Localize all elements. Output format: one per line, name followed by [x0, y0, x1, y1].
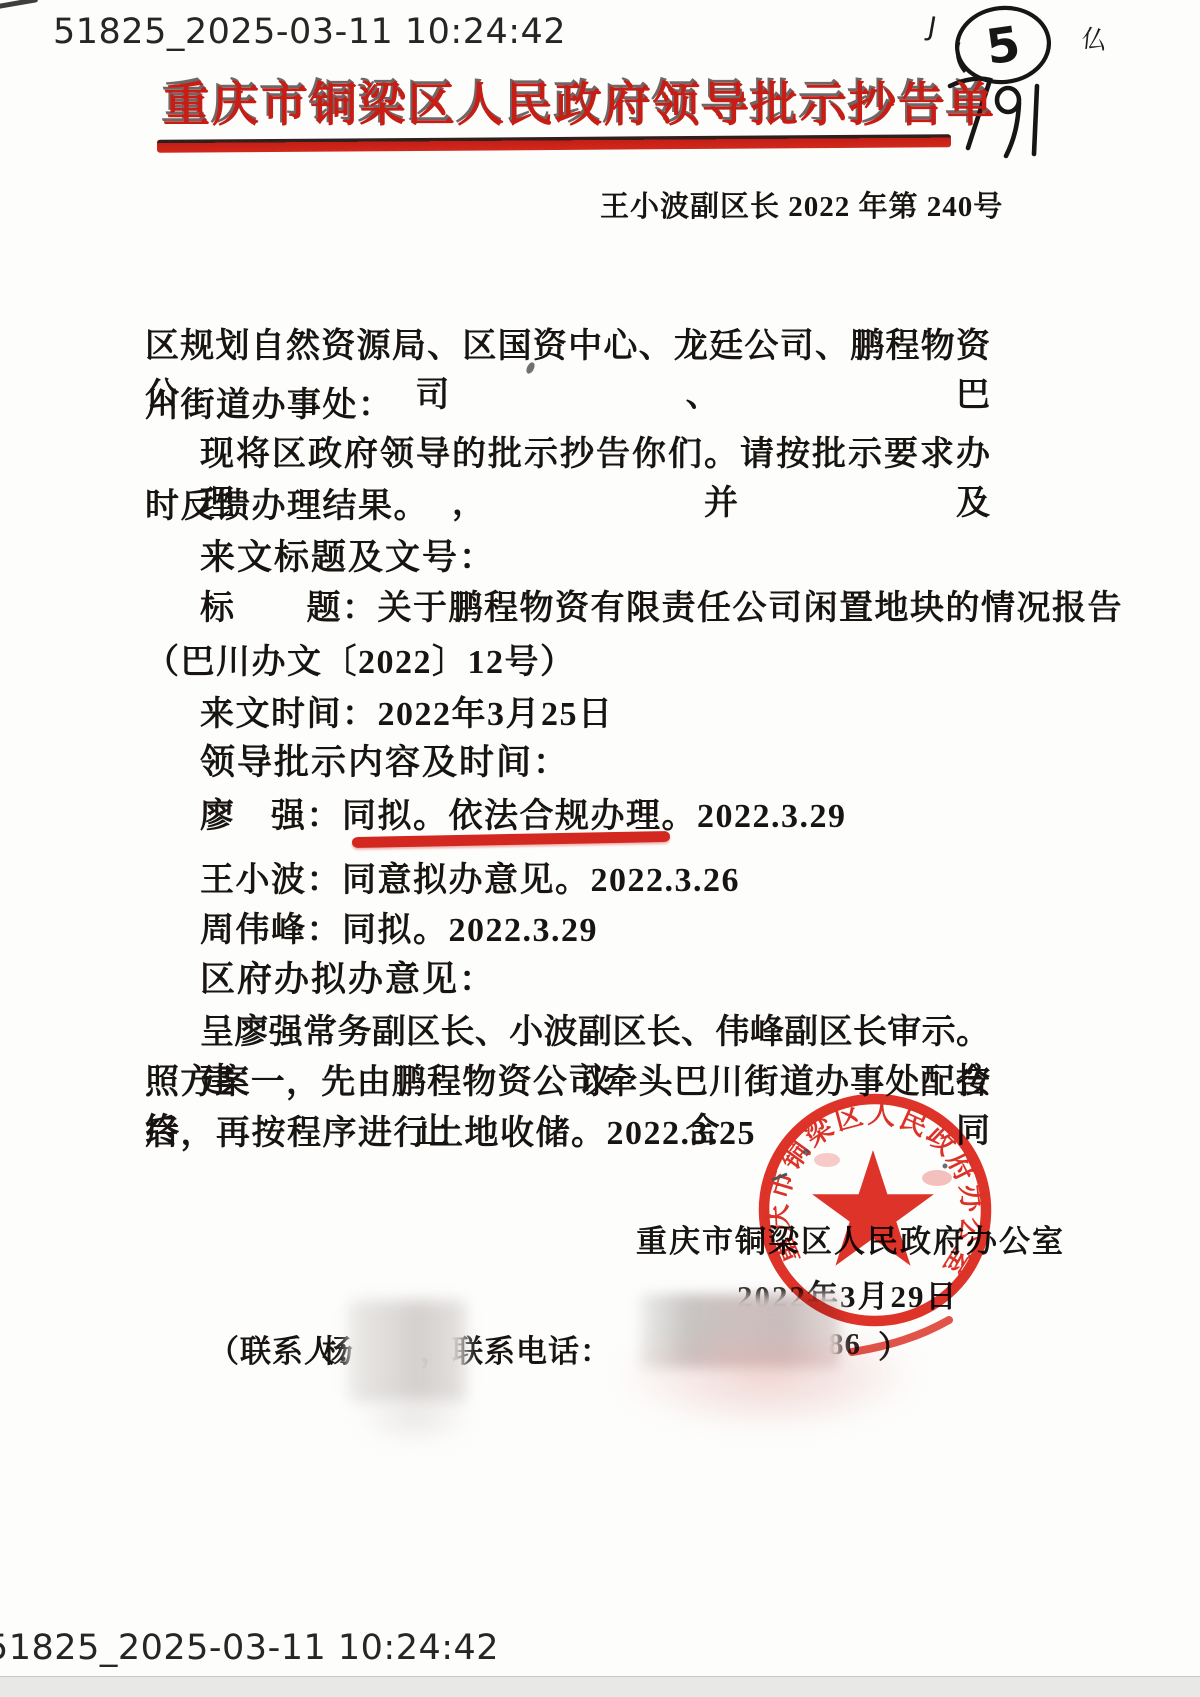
body-line: 标 题：关于鹏程物资有限责任公司闲置地块的情况报告 — [200, 580, 1123, 629]
handwritten-corner-mark: 仏 — [1080, 19, 1109, 57]
body-line: 时反馈办理结果。 — [145, 478, 429, 527]
watermark-bottom: 51825_2025-03-11 10:24:42 — [0, 1628, 499, 1668]
section-heading: 区府办拟办意见： — [200, 952, 496, 1002]
digit-1-stroke — [1034, 86, 1037, 154]
watermark-top: 51825_2025-03-11 10:24:42 — [53, 12, 566, 52]
approval-line-liaoqiang: 廖 强：同拟。依法合规办理。2022.3.29 — [200, 788, 847, 837]
title-underline — [157, 134, 951, 153]
scan-bottom-strip — [0, 1676, 1200, 1697]
body-line: 后，再按程序进行土地收储。2022.3.25 — [145, 1105, 756, 1154]
seal-star-icon — [812, 1150, 934, 1266]
approval-line-zhouweifeng: 周伟峰：同拟。2022.3.29 — [200, 902, 598, 951]
body-line: 川街道办事处： — [145, 377, 394, 426]
digit-9-loop — [997, 88, 1019, 112]
document-number: 王小波副区长 2022 年第 240号 — [600, 184, 990, 225]
ink-speck — [943, 1164, 948, 1169]
section-heading: 来文标题及文号： — [200, 530, 496, 580]
scanned-document-page: 51825_2025-03-11 10:24:42 51825_2025-03-… — [0, 0, 1200, 1697]
redaction-blur-name-fade — [360, 1392, 470, 1442]
seal-ink-smudge — [922, 1170, 952, 1186]
official-seal: 重庆市铜梁区人民政府办公室 — [735, 1070, 1015, 1380]
body-line: （巴川办文〔2022〕12号） — [145, 634, 576, 683]
body-line: 来文时间：2022年3月25日 — [200, 686, 614, 735]
redaction-blur-name — [348, 1300, 466, 1402]
ink-speck — [803, 1149, 809, 1155]
approval-line-wangxiaobo: 王小波：同意拟办意见。2022.3.26 — [200, 852, 740, 901]
document-title: 重庆市铜梁区人民政府领导批示抄告单 — [163, 68, 996, 135]
scan-corner-artifact — [0, 0, 38, 10]
section-heading: 领导批示内容及时间： — [200, 735, 570, 785]
handwritten-tick: J — [925, 12, 938, 44]
seal-ink-smudge — [814, 1153, 840, 1167]
